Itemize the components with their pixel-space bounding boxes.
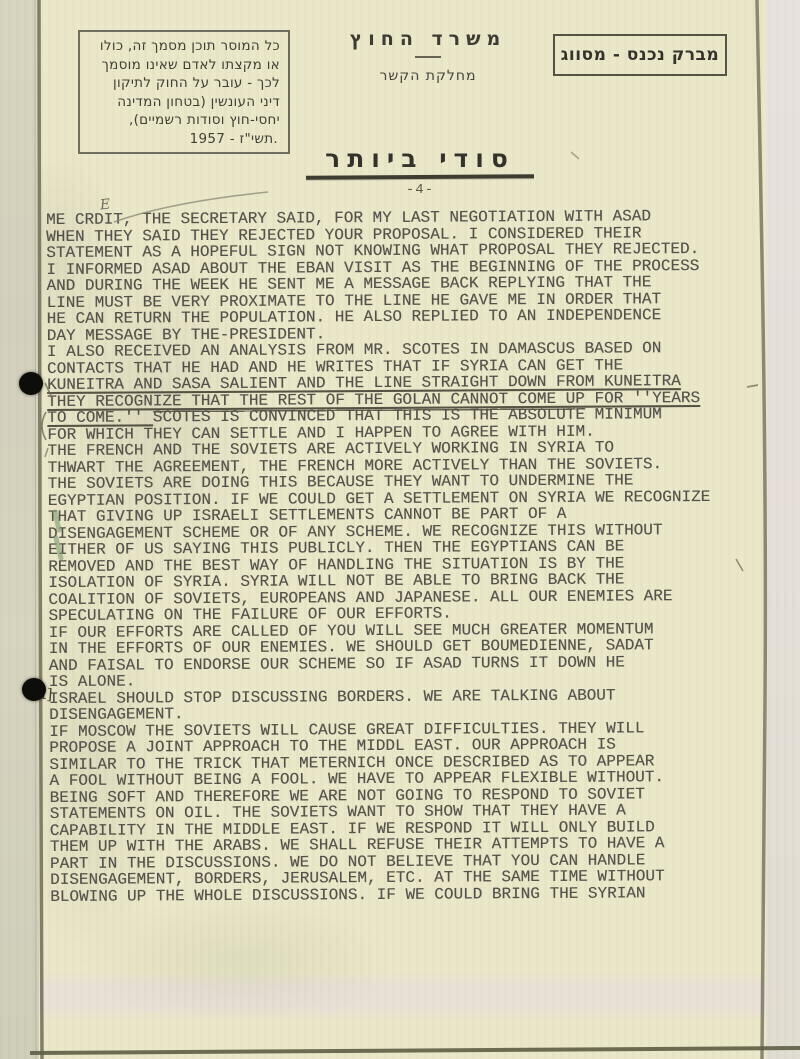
- typewriter-text: MINIMUM: [585, 405, 662, 423]
- bottom-edge-line: [30, 1048, 800, 1053]
- page-number: -4-: [300, 182, 540, 198]
- scanned-telegram-page: כל המוסר תוכן מסמך זה, כולואו מקצתו לאדם…: [0, 0, 800, 1059]
- classification-underline: [306, 174, 534, 179]
- classification-label: סודי ביותר: [300, 144, 540, 173]
- department-title: מחלקת הקשר: [328, 68, 528, 84]
- typewriter-text: BLOWING UP THE WHOLE DISCUSSIONS. IF WE …: [50, 884, 645, 906]
- hole-punch-bottom: [22, 678, 46, 701]
- typewriter-text: HE CAN RETURN THE POPULATION. HE ALSO RE…: [47, 306, 662, 328]
- margin-mark-paren: [42, 412, 46, 440]
- hole-punch-top: [19, 372, 43, 395]
- ministry-divider: [415, 56, 441, 58]
- stamp-text-line: דיני העונשין (בטחון המדינה: [88, 93, 280, 112]
- stamp-text-line: לכך - עובר על החוק לתיקון: [88, 74, 280, 93]
- typewriter-text: AND FAISAL TO ENDORSE OUR SCHEME SO IF A…: [49, 653, 625, 675]
- stamp-text-line: יחסי-חוץ וסודות רשמיים),: [88, 111, 280, 130]
- typewriter-line: BLOWING UP THE WHOLE DISCUSSIONS. IF WE …: [50, 884, 782, 905]
- ministry-header: משרד החוץ מחלקת הקשר: [328, 28, 528, 84]
- page-left-edge-strip: [0, 0, 39, 1059]
- telegram-body-text: ME CRDIT, THE SECRETARY SAID, FOR MY LAS…: [46, 208, 782, 905]
- handwritten-letter-insertion: E: [99, 197, 111, 214]
- security-warning-stamp: כל המוסר תוכן מסמך זה, כולואו מקצתו לאדם…: [78, 30, 290, 154]
- tick-mark: [571, 152, 579, 159]
- left-fold-line: [39, 0, 42, 1059]
- ministry-title: משרד החוץ: [328, 28, 528, 50]
- stamp-text-line: כל המוסר תוכן מסמך זה, כולו: [88, 37, 280, 56]
- classification-heading: סודי ביותר -4-: [300, 144, 540, 198]
- incoming-telegram-stamp: מברק נכנס - מסווג: [553, 34, 727, 76]
- typewriter-text: ISRAEL SHOULD STOP DISCUSSING BORDERS. W…: [49, 686, 616, 707]
- stamp-text-line: תשי"ז - 1957.: [88, 130, 280, 149]
- incoming-telegram-label: מברק נכנס - מסווג: [561, 45, 719, 65]
- stamp-text-line: או מקצתו לאדם שאינו מוסמך: [88, 56, 280, 75]
